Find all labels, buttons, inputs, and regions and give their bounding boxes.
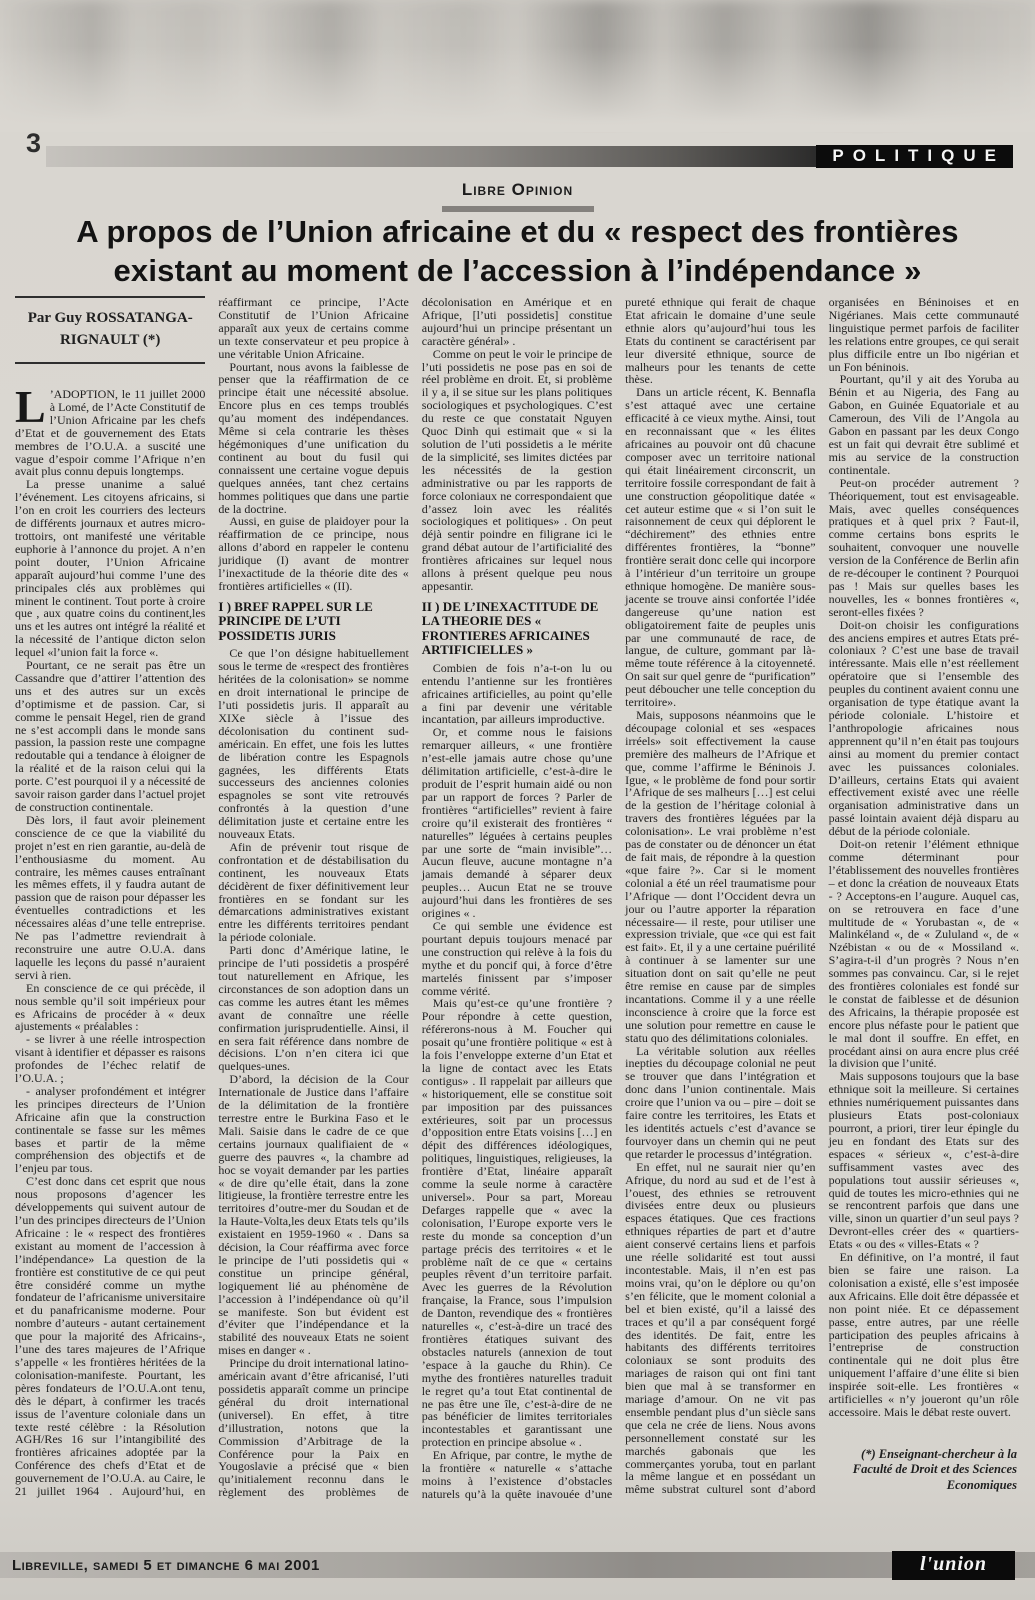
byline-author-line-2: RIGNAULT (*) — [17, 329, 203, 351]
article-paragraph: Ce que l’on désigne habituellement sous … — [218, 647, 408, 841]
page-number: 3 — [26, 128, 41, 159]
article-paragraph: Peut-on procéder autrement ? Théoriqueme… — [829, 477, 1019, 619]
byline: Par Guy ROSSATANGA- RIGNAULT (*) — [15, 296, 205, 364]
article-paragraph: La véritable solution aux réelles inepti… — [625, 1045, 815, 1161]
section-heading-2: II ) DE L’INEXACTITUDE DE LA THEORIE DES… — [422, 600, 612, 658]
author-footnote: (*) Enseignant-chercheur à la Faculté de… — [829, 1447, 1017, 1494]
article-paragraph: L’ADOPTION, le 11 juillet 2000 à Lomé, d… — [15, 388, 205, 478]
footer-date: Libreville, samedi 5 et dimanche 6 mai 2… — [12, 1557, 320, 1574]
article-paragraph: Doit-on retenir l’élément ethnique comme… — [829, 838, 1019, 1070]
article-paragraph: Pourtant, nous avons la faiblesse de pen… — [218, 361, 408, 516]
newspaper-page: 3 POLITIQUE Libre Opinion A propos de l’… — [0, 0, 1035, 1600]
article-paragraph: Afin de prévenir tout risque de confront… — [218, 841, 408, 944]
dropcap-letter: L — [15, 388, 50, 425]
article-paragraph: Doit-on choisir les configurations des a… — [829, 619, 1019, 838]
byline-author-line-1: Par Guy ROSSATANGA- — [17, 307, 203, 329]
article-paragraph: Ce qui semble une évidence est pourtant … — [422, 920, 612, 997]
article-paragraph: Dans un article récent, K. Bennafla s’es… — [625, 386, 815, 709]
footer-bar: Libreville, samedi 5 et dimanche 6 mai 2… — [0, 1552, 1035, 1578]
article-paragraph: Aussi, en guise de plaidoyer pour la réa… — [218, 515, 408, 592]
article-paragraph: Or, et comme nous le faisions remarquer … — [422, 726, 612, 920]
article-paragraph: En définitive, on l’a montré, il faut bi… — [829, 1251, 1019, 1419]
article-body-columns: Par Guy ROSSATANGA- RIGNAULT (*) L’ADOPT… — [15, 296, 1019, 1552]
article-paragraph: Parti donc d’Amérique latine, le princip… — [218, 944, 408, 1073]
article-paragraph: Comme on peut le voir le principe de l’u… — [422, 348, 612, 593]
article-list-item: - se livrer à une réelle introspection v… — [15, 1033, 205, 1085]
article-paragraph: Mais supposons toujours que la base ethn… — [829, 1070, 1019, 1251]
article-paragraph: La presse unanime a salué l’événement. L… — [15, 478, 205, 659]
rubric-title: Libre Opinion — [0, 180, 1035, 200]
section-heading-1: I ) BREF RAPPEL SUR LE PRINCIPE DE L’UTI… — [218, 600, 408, 644]
article-paragraph: En conscience de ce qui précède, il nous… — [15, 982, 205, 1034]
article-paragraph: Pourtant, ce ne serait pas être un Cassa… — [15, 659, 205, 814]
article-paragraph: Dès lors, il faut avoir pleinement consc… — [15, 814, 205, 982]
scan-streaks-fade — [0, 0, 1035, 132]
article-paragraph: Combien de fois n’a-t-on lu ou entendu l… — [422, 662, 612, 727]
newspaper-logo: l'union — [892, 1551, 1015, 1580]
article-headline: A propos de l’Union africaine et du « re… — [28, 212, 1007, 290]
article-paragraph: Pourtant, qu’il y ait des Yoruba au Béni… — [829, 373, 1019, 476]
article-paragraph: Mais qu’est-ce qu’une frontière ? Pour r… — [422, 997, 612, 1449]
article-paragraph: Mais, supposons néanmoins que le découpa… — [625, 709, 815, 1045]
article-list-item: - analyser profondément et intégrer les … — [15, 1085, 205, 1175]
section-label: POLITIQUE — [816, 145, 1013, 168]
rubric-block: Libre Opinion — [0, 180, 1035, 212]
headline-line-2: existant au moment de l’accession à l’in… — [28, 251, 1007, 290]
article-paragraph: D’abord, la décision de la Cour Internat… — [218, 1073, 408, 1357]
section-bar: POLITIQUE — [46, 146, 1013, 167]
headline-line-1: A propos de l’Union africaine et du « re… — [28, 212, 1007, 251]
